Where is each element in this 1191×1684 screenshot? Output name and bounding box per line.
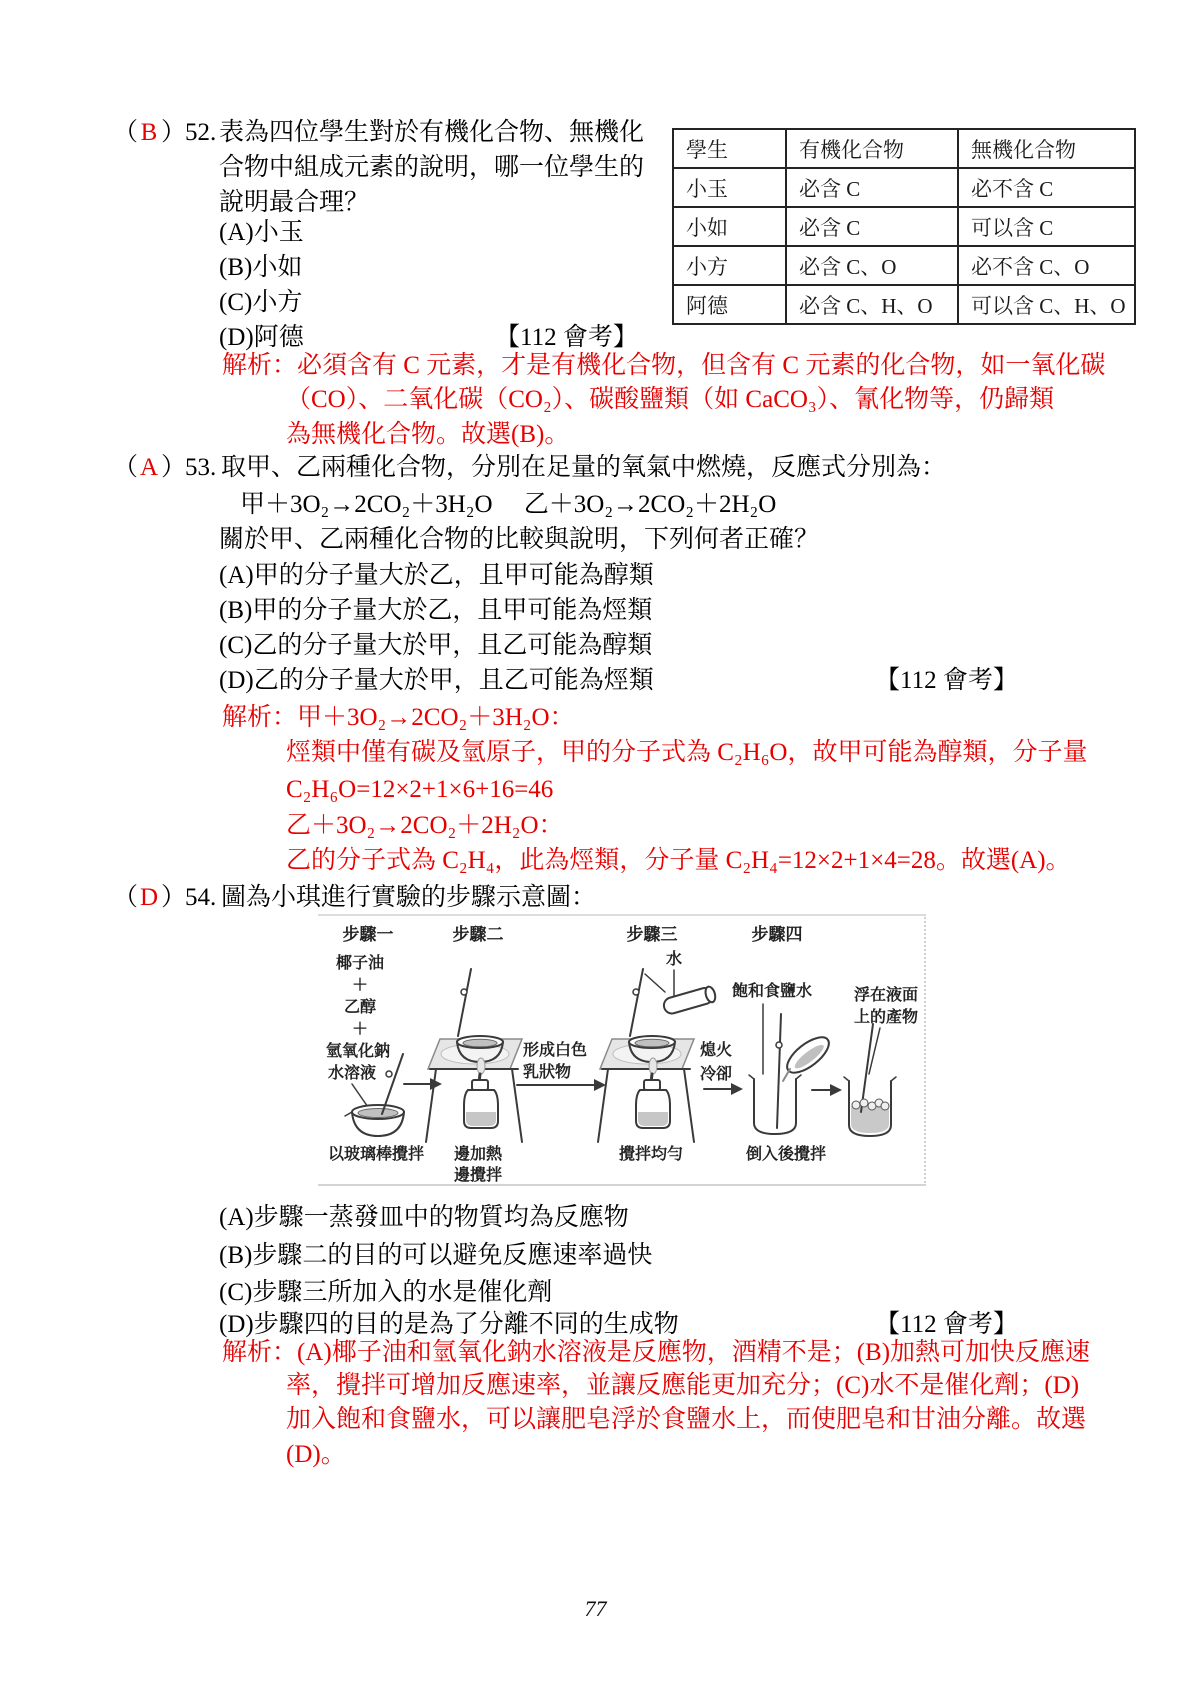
diagram-step4-title: 步驟四 (752, 924, 803, 944)
experiment-steps-figure: 步驟一 步驟二 步驟三 步驟四 椰子油 ＋ 乙醇 ＋ 氫氧化鈉 水溶液 以 (318, 914, 926, 1186)
diagram-step3-title: 步驟三 (627, 924, 678, 944)
q53-answer-letter: A (137, 450, 161, 485)
diagram-caption-step1: 以玻璃棒攪拌 (328, 1144, 424, 1163)
water-tube (662, 985, 717, 1015)
beaker-rim-4 (749, 1075, 801, 1079)
table-row: 小方 必含 C、O 必不含 C、O (673, 246, 1135, 285)
answer-paren-close: ） (161, 450, 185, 485)
q53-header: （A）53.取甲、乙兩種化合物，分別在足量的氧氣中燃燒，反應式分別為： (113, 450, 946, 485)
q52-option-a: (A)小玉 (219, 215, 304, 250)
q53-option-c: (C)乙的分子量大於甲，且乙可能為醇類 (219, 628, 652, 663)
q52-number: 52. (185, 115, 221, 150)
answer-paren-open: （ (113, 880, 137, 915)
table-header-organic: 有機化合物 (786, 129, 958, 168)
experiment-steps-svg: 步驟一 步驟二 步驟三 步驟四 椰子油 ＋ 乙醇 ＋ 氫氧化鈉 水溶液 以 (318, 916, 924, 1184)
diagram-caption-step4: 倒入後攪拌 (746, 1144, 826, 1163)
q53-solution-line: C₂H₆O=12×2+1×6+16=46 (286, 772, 553, 807)
diagram-arrow3-label2: 冷卻 (700, 1064, 732, 1083)
compound-table: 學生 有機化合物 無機化合物 小玉 必含 C 必不含 C 小如 必含 C 可以含… (672, 128, 1136, 325)
q52-solution-line: （CO）、二氧化碳（CO₂）、碳酸鹽類（如 CaCO₃）、氰化物等，仍歸類 (286, 382, 1054, 417)
glass-rod-2 (458, 969, 471, 1036)
q54-header: （D）54.圖為小琪進行實驗的步驟示意圖： (113, 880, 596, 915)
q52-option-c: (C)小方 (219, 285, 302, 320)
diagram-caption-step2-line2: 邊攪拌 (454, 1165, 502, 1184)
answer-paren-close: ） (161, 880, 185, 915)
burner-cap-3 (644, 1080, 660, 1090)
q53-option-b: (B)甲的分子量大於乙，且甲可能為烴類 (219, 593, 652, 628)
q54-option-c: (C)步驟三所加入的水是催化劑 (219, 1275, 552, 1310)
diagram-plus-sign: ＋ (352, 977, 368, 994)
tripod-leg (684, 1069, 694, 1142)
product-beaker-rim (844, 1077, 896, 1081)
q54-solution-line: (D)。 (286, 1437, 346, 1472)
arrow-head-3 (731, 1083, 743, 1095)
burner-fuel-3 (638, 1112, 668, 1126)
dish-liquid-1 (358, 1109, 398, 1118)
q53-stem: 取甲、乙兩種化合物，分別在足量的氧氣中燃燒，反應式分別為： (221, 454, 946, 481)
diagram-step2-title: 步驟二 (453, 924, 504, 944)
exam-page: （B）52. 表為四位學生對於有機化合物、無機化合物中組成元素的說明，哪一位學生… (0, 0, 1191, 1684)
q54-solution-line: 加入飽和食鹽水，可以讓肥皂浮於食鹽水上，而使肥皂和甘油分離。故選 (286, 1402, 1086, 1437)
tripod-leg (512, 1069, 522, 1142)
table-row: 小如 必含 C 可以含 C (673, 207, 1135, 246)
table-header-student: 學生 (673, 129, 786, 168)
table-cell: 必不含 C、O (958, 246, 1135, 285)
tripod-leg (598, 1069, 608, 1142)
answer-paren-close: ） (161, 115, 185, 150)
q54-option-a: (A)步驟一蒸發皿中的物質均為反應物 (219, 1200, 629, 1235)
beaker-4 (754, 1079, 796, 1134)
table-cell: 可以含 C、H、O (958, 285, 1135, 324)
table-cell: 可以含 C (958, 207, 1135, 246)
rod-ring-3 (633, 989, 639, 995)
diagram-arrow2-label2: 乳狀物 (523, 1062, 571, 1081)
arrow-head-4 (830, 1084, 842, 1096)
q53-solution-line: 烴類中僅有碳及氫原子，甲的分子式為 C₂H₆O，故甲可能為醇類，分子量 (286, 735, 1087, 770)
diagram-water-label: 水 (666, 950, 682, 968)
table-cell: 必含 C、H、O (786, 285, 958, 324)
q53-option-d: (D)乙的分子量大於甲，且乙可能為烴類 (219, 663, 654, 698)
diagram-reagent-coconut-oil: 椰子油 (336, 954, 384, 972)
q53-option-a: (A)甲的分子量大於乙，且甲可能為醇類 (219, 558, 654, 593)
q54-solution-line: 解析：(A)椰子油和氫氧化鈉水溶液是反應物，酒精不是；(B)加熱可加快反應速 (222, 1335, 1090, 1370)
q52-answer-letter: B (137, 115, 161, 150)
q52-stem: 表為四位學生對於有機化合物、無機化合物中組成元素的說明，哪一位學生的說明最合理？ (219, 115, 655, 220)
q53-source-tag: 【112 會考】 (875, 663, 1018, 698)
page-number: 77 (0, 1596, 1191, 1622)
q54-stem: 圖為小琪進行實驗的步驟示意圖： (221, 884, 596, 911)
table-cell: 小方 (673, 246, 786, 285)
q54-option-b: (B)步驟二的目的可以避免反應速率過快 (219, 1238, 652, 1273)
diagram-plus-sign: ＋ (352, 1021, 368, 1038)
q53-solution-line: 乙＋3O₂→2CO₂＋2H₂O： (286, 808, 564, 843)
burner-flame-3 (649, 1058, 657, 1074)
dish-liquid-2 (463, 1039, 497, 1047)
pour-stream (783, 1069, 790, 1081)
soap-chunk (852, 1101, 860, 1109)
table-cell: 必含 C (786, 207, 958, 246)
q53-solution-line: 解析：甲＋3O₂→2CO₂＋3H₂O： (222, 700, 575, 735)
table-header-inorganic: 無機化合物 (958, 129, 1135, 168)
diagram-reagent-solution: 水溶液 (328, 1063, 376, 1082)
dish-spout-1 (345, 1112, 352, 1116)
q52-solution-line: 為無機化合物。故選(B)。 (286, 417, 569, 452)
q54-number: 54. (185, 880, 221, 915)
rod-ring-2 (461, 989, 467, 995)
answer-paren-open: （ (113, 450, 137, 485)
table-row: 小玉 必含 C 必不含 C (673, 168, 1135, 207)
q53-solution-line: 乙的分子式為 C₂H₄，此為烴類，分子量 C₂H₄=12×2+1×4=28。故選… (286, 843, 1071, 878)
q54-solution-line: 率，攪拌可增加反應速率，並讓反應能更加充分；(C)水不是催化劑；(D) (286, 1368, 1079, 1403)
q54-answer-letter: D (137, 880, 161, 915)
table-cell: 小玉 (673, 168, 786, 207)
burner-fuel-2 (466, 1112, 496, 1126)
diagram-reagent-ethanol: 乙醇 (344, 997, 376, 1016)
q52-header: （B）52. (113, 115, 221, 150)
glass-rod-3 (630, 969, 643, 1036)
glass-rod-1 (382, 1054, 403, 1114)
q52-solution-line: 解析：必須含有 C 元素，才是有機化合物，但含有 C 元素的化合物，如一氧化碳 (222, 348, 1105, 383)
diagram-brine-label: 飽和食鹽水 (732, 981, 812, 1000)
rod-ring-1 (386, 1071, 392, 1077)
table-cell: 必含 C、O (786, 246, 958, 285)
diagram-product-label1: 浮在液面 (853, 985, 918, 1004)
answer-paren-open: （ (113, 115, 137, 150)
table-cell: 小如 (673, 207, 786, 246)
diagram-product-label2: 上的產物 (854, 1007, 918, 1026)
table-cell: 必不含 C (958, 168, 1135, 207)
table-row: 阿德 必含 C、H、O 可以含 C、H、O (673, 285, 1135, 324)
dish-liquid-3 (635, 1039, 669, 1047)
diagram-step1-title: 步驟一 (343, 924, 394, 944)
diagram-arrow3-label1: 熄火 (699, 1040, 732, 1059)
diagram-caption-step2-line1: 邊加熱 (454, 1144, 503, 1163)
diagram-reagent-naoh: 氫氧化鈉 (326, 1041, 390, 1060)
rod-ring-4 (776, 1042, 782, 1048)
diagram-arrow2-label1: 形成白色 (523, 1040, 587, 1059)
burner-flame-2 (477, 1058, 485, 1074)
diagram-caption-step3: 攪拌均勻 (619, 1144, 683, 1163)
floating-soap-chunks (852, 1099, 889, 1110)
soap-chunk (860, 1099, 868, 1107)
q53-stem2: 關於甲、乙兩種化合物的比較與說明，下列何者正確？ (219, 522, 819, 557)
table-cell: 阿德 (673, 285, 786, 324)
q53-number: 53. (185, 450, 221, 485)
tube-clamp (645, 974, 665, 992)
q52-option-b: (B)小如 (219, 250, 302, 285)
burner-cap-2 (472, 1080, 488, 1090)
q53-equations: 甲＋3O₂→2CO₂＋3H₂O 乙＋3O₂→2CO₂＋2H₂O (240, 487, 776, 522)
table-header-row: 學生 有機化合物 無機化合物 (673, 129, 1135, 168)
glass-rod-4 (777, 1014, 781, 1128)
table-cell: 必含 C (786, 168, 958, 207)
arrow-head-1 (430, 1078, 442, 1090)
soap-chunk (881, 1102, 889, 1110)
arrow-head-2 (594, 1079, 606, 1091)
